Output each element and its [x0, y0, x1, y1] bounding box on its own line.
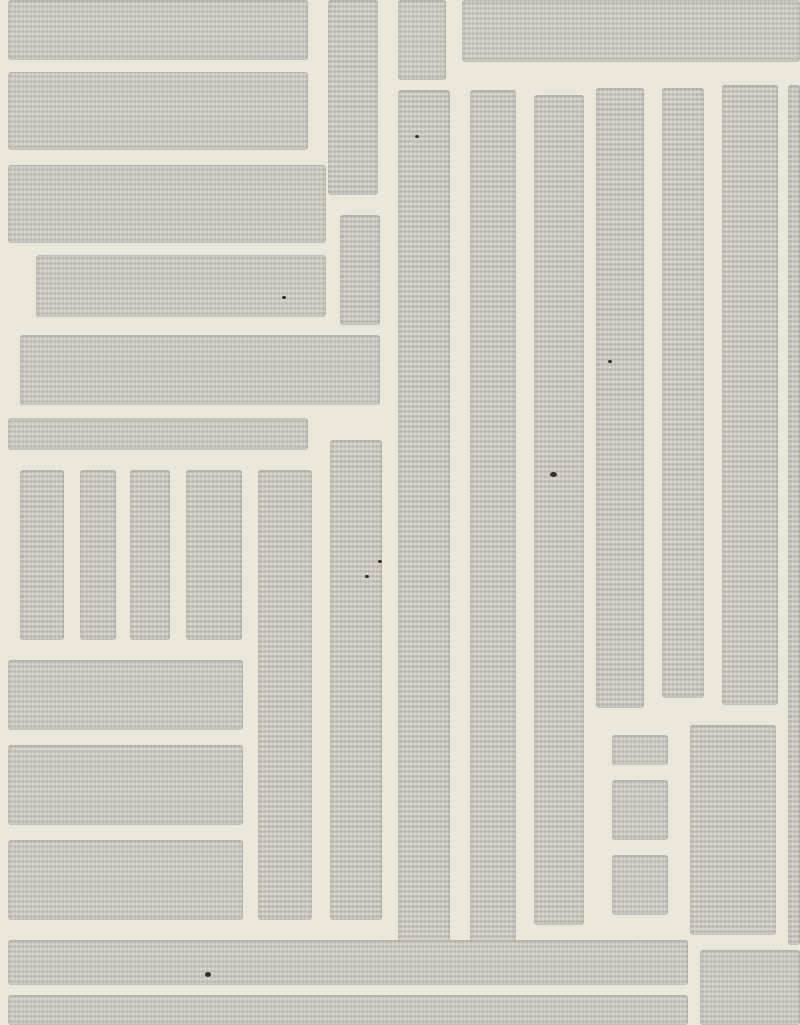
rug-speck — [282, 296, 286, 299]
rug-panel — [8, 418, 308, 450]
rug-panel — [8, 940, 688, 985]
rug-speck — [550, 472, 557, 477]
rug-panel — [258, 470, 312, 920]
rug-speck — [365, 575, 369, 578]
rug-panel — [612, 735, 668, 765]
rug-panel — [330, 440, 382, 920]
rug-panel — [36, 255, 326, 317]
rug-panel — [534, 95, 584, 925]
rug-panel — [700, 950, 800, 1025]
rug-panel — [20, 470, 64, 640]
rug-panel — [340, 215, 380, 325]
rug-speck — [608, 360, 612, 363]
rug-panel — [462, 0, 800, 62]
rug-speck — [415, 135, 419, 138]
rug-panel — [20, 335, 380, 405]
rug-panel — [8, 840, 243, 920]
rug-panel — [8, 995, 688, 1025]
rug-panel — [130, 470, 170, 640]
rug-texture — [0, 0, 800, 1025]
rug-panel — [8, 72, 308, 150]
rug-panel — [722, 85, 778, 705]
rug-panel — [398, 0, 446, 80]
rug-panel — [8, 660, 243, 730]
rug-panel — [8, 745, 243, 825]
rug-panel — [470, 90, 516, 950]
rug-speck — [378, 560, 382, 563]
rug-panel — [80, 470, 116, 640]
rug-panel — [8, 165, 326, 243]
rug-panel — [788, 85, 800, 945]
rug-panel — [328, 0, 378, 195]
rug-panel — [186, 470, 242, 640]
rug-panel — [662, 88, 704, 698]
rug-panel — [596, 88, 644, 708]
rug-panel — [8, 0, 308, 60]
rug-panel — [612, 780, 668, 840]
rug-panel — [690, 725, 776, 935]
rug-panel — [398, 90, 450, 950]
rug-panel — [612, 855, 668, 915]
rug-speck — [205, 972, 211, 977]
